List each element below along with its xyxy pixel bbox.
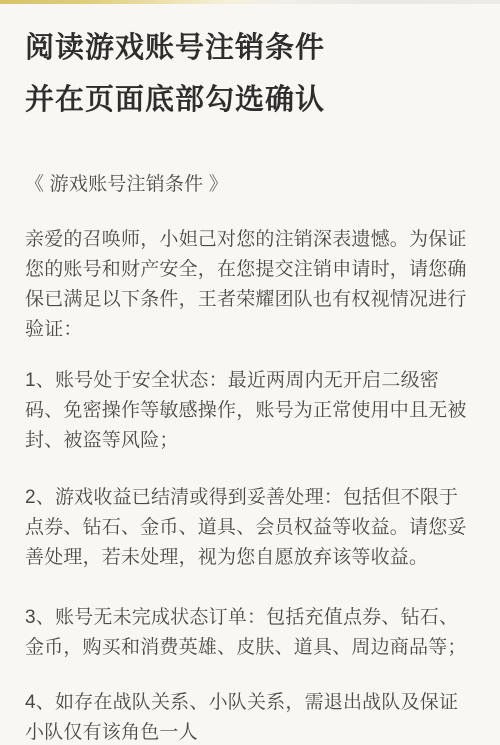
intro-paragraph: 亲爱的召唤师，小妲己对您的注销深表遗憾。为保证您的账号和财产安全，在您提交注销申… (25, 225, 472, 345)
top-banner-edge (0, 0, 500, 4)
document-title: 《 游戏账号注销条件 》 (25, 170, 472, 200)
condition-item-2: 2、游戏收益已结清或得到妥善处理：包括但不限于点券、钻石、金币、道具、会员权益等… (25, 483, 472, 573)
account-cancellation-terms-page: 阅读游戏账号注销条件 并在页面底部勾选确认 《 游戏账号注销条件 》 亲爱的召唤… (0, 0, 500, 745)
condition-item-3: 3、账号无未完成状态订单：包括充值点券、钻石、金币，购买和消费英雄、皮肤、道具、… (25, 603, 472, 663)
page-title-line-1: 阅读游戏账号注销条件 (25, 22, 472, 74)
condition-item-4: 4、如存在战队关系、小队关系，需退出战队及保证小队仅有该角色一人 (25, 688, 472, 745)
condition-item-1: 1、账号处于安全状态：最近两周内无开启二级密码、免密操作等敏感操作，账号为正常使… (25, 366, 472, 456)
page-title-line-2: 并在页面底部勾选确认 (25, 74, 472, 126)
page-title: 阅读游戏账号注销条件 并在页面底部勾选确认 (25, 22, 472, 126)
